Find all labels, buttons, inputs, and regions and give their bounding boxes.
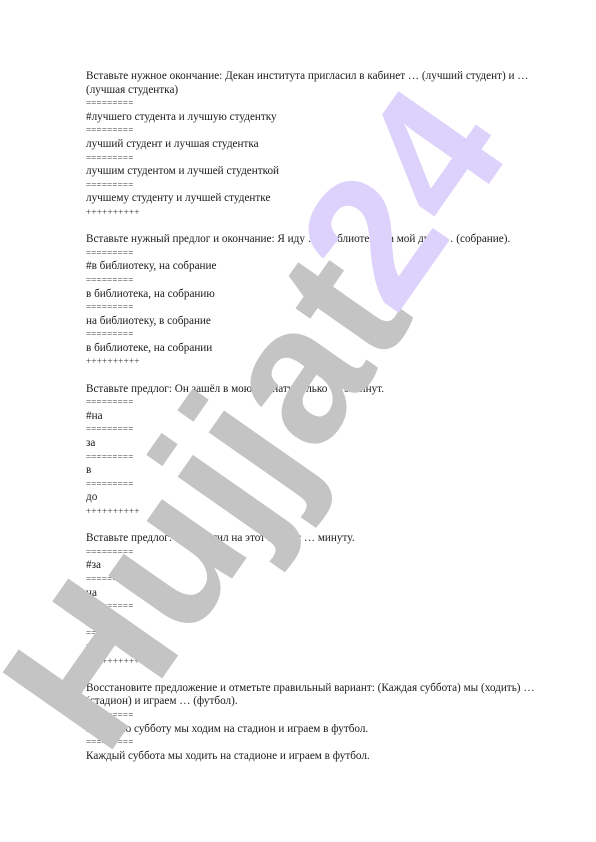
question-text: Вставьте нужное окончание: Декан институ… [86,70,566,97]
answer-option: на библиотеку, в собрание [86,315,566,329]
option-separator: ========= [86,301,566,315]
answer-option: на [86,587,566,601]
question-end-marker: ++++++++++ [86,505,566,519]
answer-option: за [86,437,566,451]
answer-option: в библиотеке, на собрании [86,342,566,356]
answer-option: лучший студент и лучшая студентка [86,138,566,152]
question-block: Вставьте нужный предлог и окончание: Я и… [86,233,566,369]
question-text: Вставьте предлог: Он зашёл в мою комнату… [86,383,566,397]
option-separator: ========= [86,396,566,410]
answer-option: до [86,614,566,628]
question-text: Вставьте нужный предлог и окончание: Я и… [86,233,566,247]
option-separator: ========= [86,546,566,560]
option-separator: ========= [86,478,566,492]
option-separator: ========= [86,573,566,587]
option-separator: ========= [86,709,566,723]
answer-option: до [86,491,566,505]
question-end-marker: ++++++++++ [86,206,566,220]
option-separator: ========= [86,124,566,138]
question-block: Восстановите предложение и отметьте прав… [86,682,566,764]
question-block: Вставьте нужное окончание: Декан институ… [86,70,566,220]
answer-option-correct: #лучшего студента и лучшую студентку [86,111,566,125]
option-separator: ========= [86,247,566,261]
option-separator: ========= [86,328,566,342]
answer-option: лучшему студенту и лучшей студентке [86,192,566,206]
question-block: Вставьте предлог: Он зашёл в мою комнату… [86,383,566,519]
option-separator: ========= [86,152,566,166]
answer-option: Каждый суббота мы ходить на стадионе и и… [86,750,566,764]
option-separator: ========= [86,274,566,288]
question-block: Вставьте предлог: Он ответил на этот воп… [86,532,566,668]
answer-option: в [86,641,566,655]
option-separator: ========= [86,97,566,111]
option-separator: ========= [86,736,566,750]
answer-option-correct: #на [86,410,566,424]
answer-option: в [86,464,566,478]
option-separator: ========= [86,600,566,614]
question-end-marker: ++++++++++ [86,655,566,669]
document-page: Вставьте нужное окончание: Декан институ… [86,70,566,763]
option-separator: ========= [86,179,566,193]
answer-option-correct: #в библиотеку, на собрание [86,260,566,274]
option-separator: ========= [86,627,566,641]
answer-option: в библиотека, на собранию [86,288,566,302]
question-text: Восстановите предложение и отметьте прав… [86,682,566,709]
answer-option: лучшим студентом и лучшей студенткой [86,165,566,179]
answer-option-correct: #за [86,559,566,573]
option-separator: ========= [86,451,566,465]
question-end-marker: ++++++++++ [86,355,566,369]
answer-option-correct: #Каждую субботу мы ходим на стадион и иг… [86,723,566,737]
option-separator: ========= [86,423,566,437]
question-text: Вставьте предлог: Он ответил на этот воп… [86,532,566,546]
